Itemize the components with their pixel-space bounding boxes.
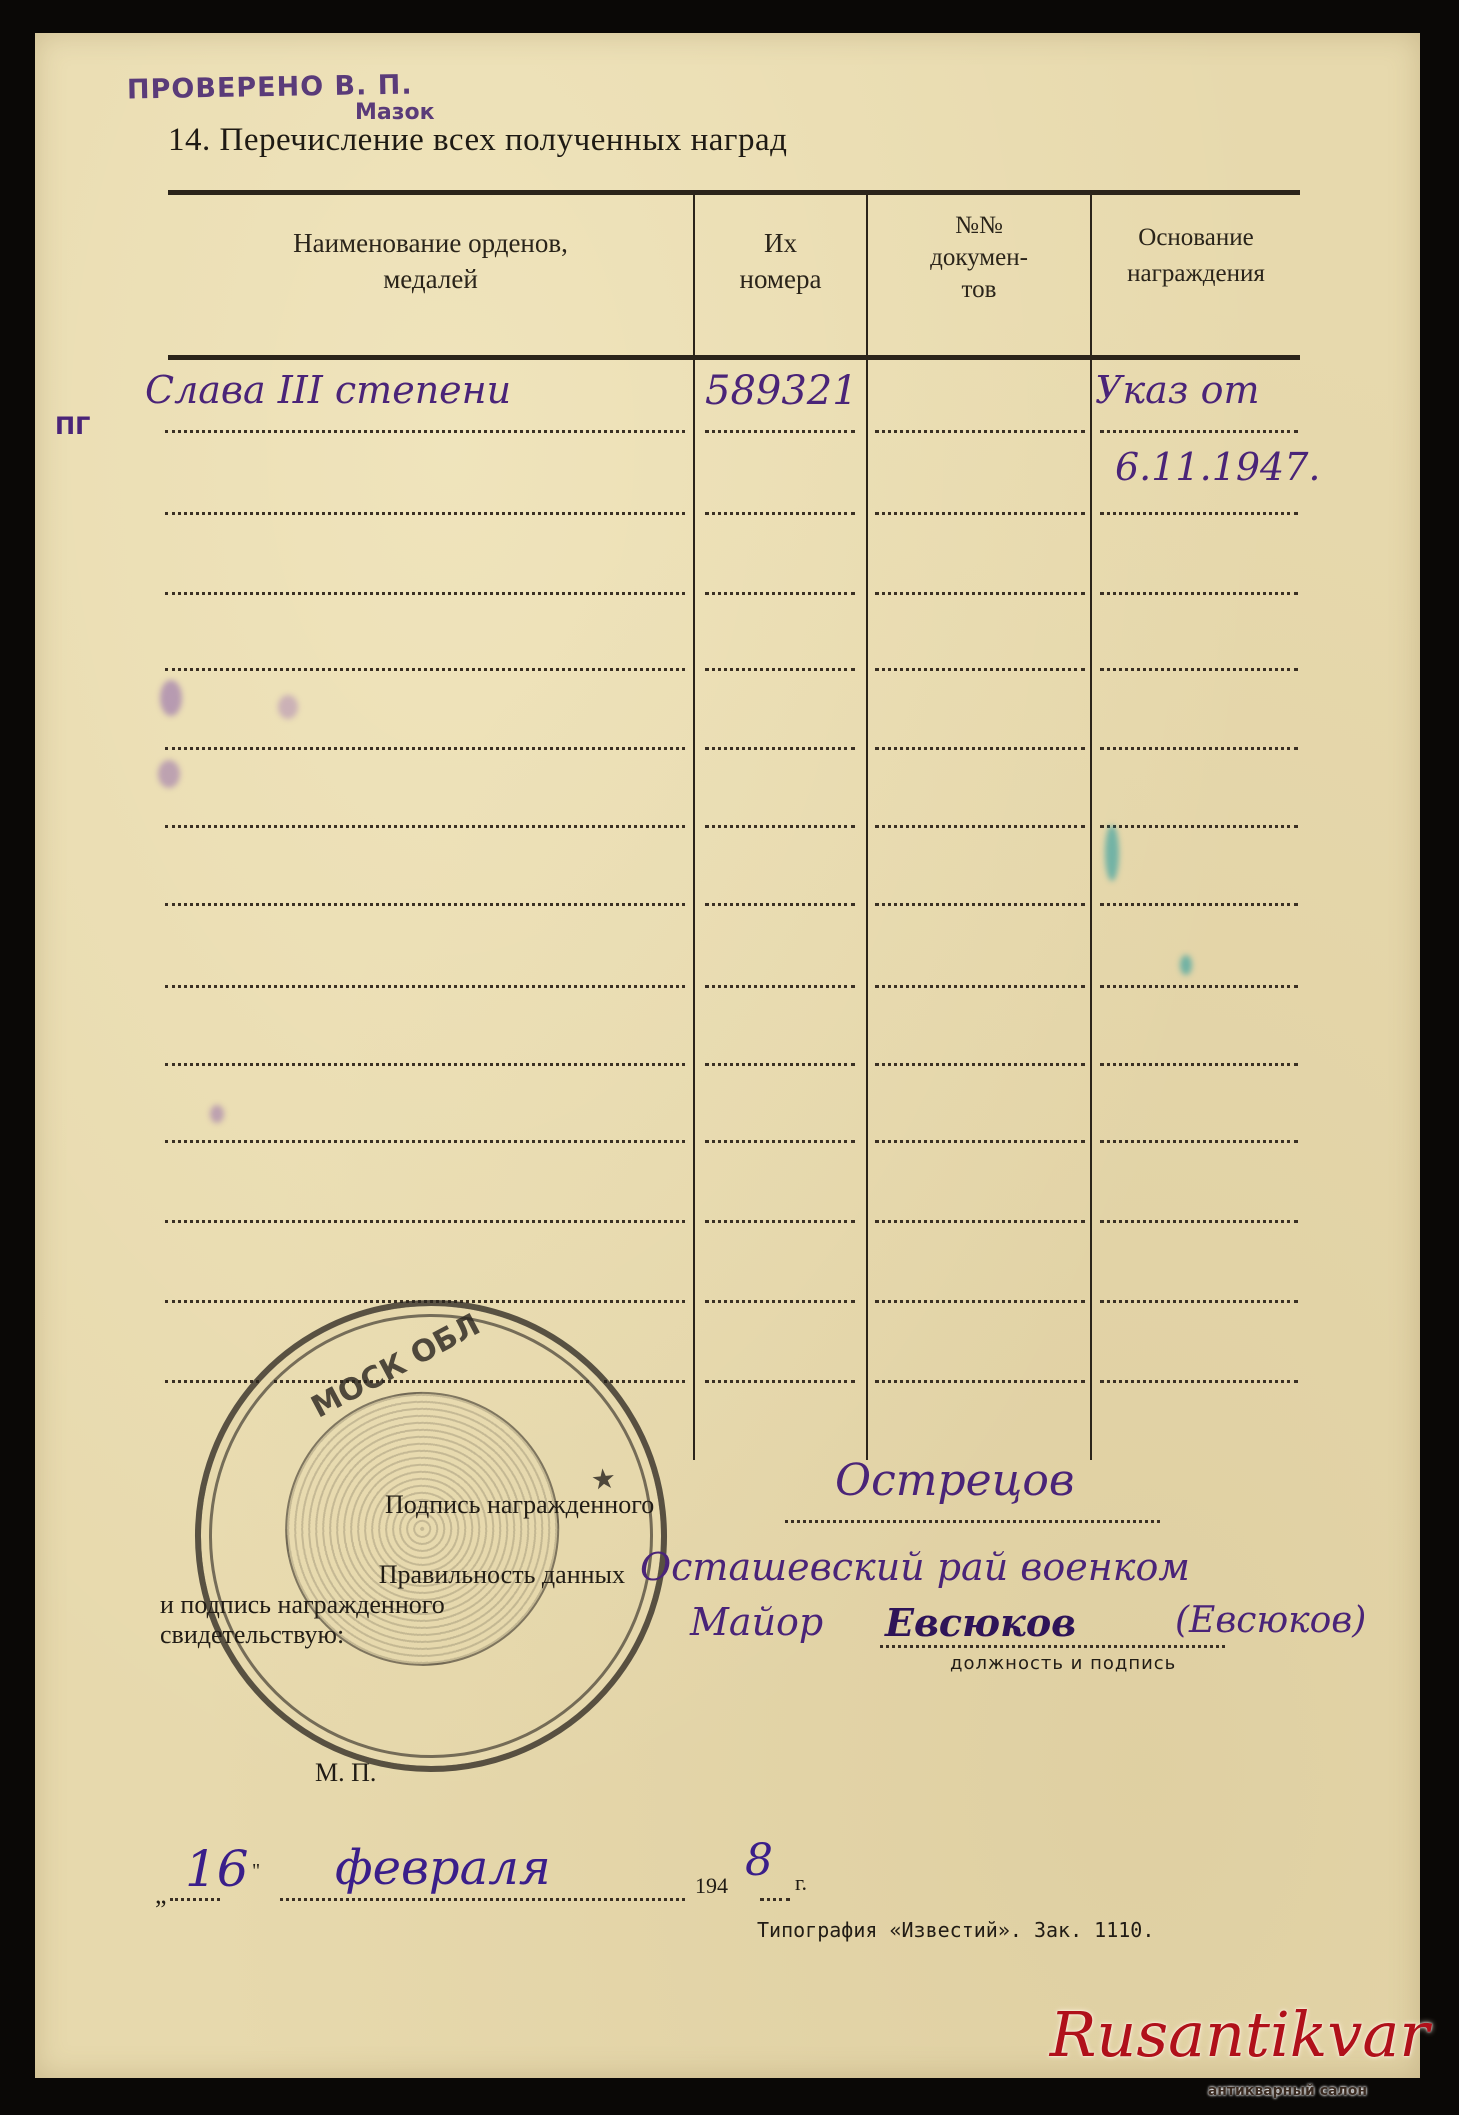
row-dotted-line xyxy=(705,1380,855,1383)
row-dotted-line xyxy=(1100,1140,1298,1143)
row-dotted-line xyxy=(165,903,685,906)
header-line: номера xyxy=(695,261,866,297)
certifier-rank: Майор xyxy=(690,1600,823,1644)
watermark-brand: Rusantikvar xyxy=(1050,1998,1429,2071)
date-year-line xyxy=(760,1898,790,1901)
row-dotted-line xyxy=(705,430,855,433)
header-line: тов xyxy=(868,274,1090,306)
row-dotted-line xyxy=(875,668,1085,671)
date-month-line xyxy=(280,1898,685,1901)
row-dotted-line xyxy=(705,1063,855,1066)
certifier-name: (Евсюков) xyxy=(1175,1600,1366,1641)
ink-smudge xyxy=(160,680,182,716)
row-dotted-line xyxy=(875,825,1085,828)
header-line: Основание xyxy=(1092,220,1300,256)
position-caption: должность и подпись xyxy=(950,1653,1176,1674)
column-divider xyxy=(866,195,868,1460)
table-top-rule xyxy=(168,190,1300,195)
header-line: Наименование орденов, xyxy=(168,225,693,261)
row-dotted-line xyxy=(705,1300,855,1303)
header-numbers: Их номера xyxy=(695,225,866,297)
ink-smudge xyxy=(158,760,180,788)
row-dotted-line xyxy=(1100,512,1298,515)
row-dotted-line xyxy=(875,1380,1085,1383)
header-documents: №№ докумен- тов xyxy=(868,210,1090,306)
recipient-signature-label: Подпись награжденного xyxy=(385,1490,654,1520)
row-dotted-line xyxy=(1100,1380,1298,1383)
header-line: медалей xyxy=(168,261,693,297)
header-basis: Основание награждения xyxy=(1092,220,1300,292)
seal-place-label: М. П. xyxy=(315,1758,376,1788)
row-dotted-line xyxy=(165,825,685,828)
ink-smudge xyxy=(278,695,298,719)
column-divider xyxy=(693,195,695,1460)
row-dotted-line xyxy=(165,985,685,988)
row-dotted-line xyxy=(1100,825,1298,828)
date-year-prefix: 194 xyxy=(695,1873,728,1899)
row-dotted-line xyxy=(165,592,685,595)
certify-label-line: Правильность данных xyxy=(265,1560,625,1590)
award-number-cell: 589321 xyxy=(705,368,858,414)
row-dotted-line xyxy=(705,512,855,515)
certifier-signature: Евсюков xyxy=(885,1600,1076,1645)
table-header-rule xyxy=(168,355,1300,360)
ink-smudge xyxy=(1105,825,1119,881)
row-dotted-line xyxy=(705,668,855,671)
row-dotted-line xyxy=(165,1140,685,1143)
row-dotted-line xyxy=(165,668,685,671)
row-dotted-line xyxy=(1100,1220,1298,1223)
ink-smudge xyxy=(210,1105,224,1123)
row-dotted-line xyxy=(165,1220,685,1223)
row-dotted-line xyxy=(875,1140,1085,1143)
row-dotted-line xyxy=(875,985,1085,988)
basis-cell-line1: Указ от xyxy=(1095,368,1260,412)
ink-smudge xyxy=(1180,955,1192,975)
row-dotted-line xyxy=(1100,668,1298,671)
row-dotted-line xyxy=(165,430,685,433)
row-dotted-line xyxy=(705,747,855,750)
row-dotted-line xyxy=(1100,1063,1298,1066)
header-award-name: Наименование орденов, медалей xyxy=(168,225,693,297)
header-line: №№ xyxy=(868,210,1090,242)
date-day-line xyxy=(170,1898,220,1901)
date-year-suffix: 8 xyxy=(745,1835,773,1886)
row-dotted-line xyxy=(705,592,855,595)
watermark-tagline: антикварный салон xyxy=(1208,2083,1367,2099)
row-dotted-line xyxy=(1100,985,1298,988)
recipient-signature: Острецов xyxy=(835,1455,1074,1506)
date-month: февраля xyxy=(335,1840,551,1896)
header-line: докумен- xyxy=(868,242,1090,274)
header-line: награждения xyxy=(1092,256,1300,292)
certify-label-line: свидетельствую: xyxy=(160,1620,445,1650)
row-dotted-line xyxy=(875,1300,1085,1303)
certify-label-line: и подпись награжденного xyxy=(160,1590,445,1620)
date-day: 16 xyxy=(185,1840,249,1898)
row-dotted-line xyxy=(875,592,1085,595)
printer-imprint: Типография «Известий». Зак. 1110. xyxy=(757,1918,1154,1942)
row-dotted-line xyxy=(165,1063,685,1066)
row-dotted-line xyxy=(165,512,685,515)
row-dotted-line xyxy=(705,825,855,828)
row-dotted-line xyxy=(1100,1300,1298,1303)
row-dotted-line xyxy=(1100,903,1298,906)
row-dotted-line xyxy=(1100,430,1298,433)
section-title: 14. Перечисление всех полученных наград xyxy=(168,122,787,159)
date-year-mark: г. xyxy=(795,1870,807,1896)
row-dotted-line xyxy=(1100,592,1298,595)
position-signature-line xyxy=(880,1645,1225,1648)
row-dotted-line xyxy=(705,903,855,906)
date-open-quote: „ xyxy=(155,1880,167,1910)
row-dotted-line xyxy=(875,512,1085,515)
certify-label: Правильность данных xyxy=(265,1560,625,1590)
recipient-signature-line xyxy=(785,1520,1160,1523)
row-dotted-line xyxy=(875,1063,1085,1066)
award-name-cell: Слава III степени xyxy=(145,368,511,412)
margin-mark: ПГ xyxy=(55,412,90,440)
row-dotted-line xyxy=(1100,747,1298,750)
row-dotted-line xyxy=(875,903,1085,906)
header-line: Их xyxy=(695,225,866,261)
row-dotted-line xyxy=(875,747,1085,750)
row-dotted-line xyxy=(875,1220,1085,1223)
row-dotted-line xyxy=(705,1140,855,1143)
row-dotted-line xyxy=(165,747,685,750)
row-dotted-line xyxy=(875,430,1085,433)
row-dotted-line xyxy=(705,1220,855,1223)
certifier-office: Осташевский рай военком xyxy=(640,1545,1190,1589)
column-divider xyxy=(1090,195,1092,1460)
certify-label-cont: и подпись награжденного свидетельствую: xyxy=(160,1590,445,1650)
basis-cell-line2: 6.11.1947. xyxy=(1115,445,1320,489)
row-dotted-line xyxy=(705,985,855,988)
date-close-quote: " xyxy=(252,1860,260,1883)
document-sheet xyxy=(35,33,1420,2078)
